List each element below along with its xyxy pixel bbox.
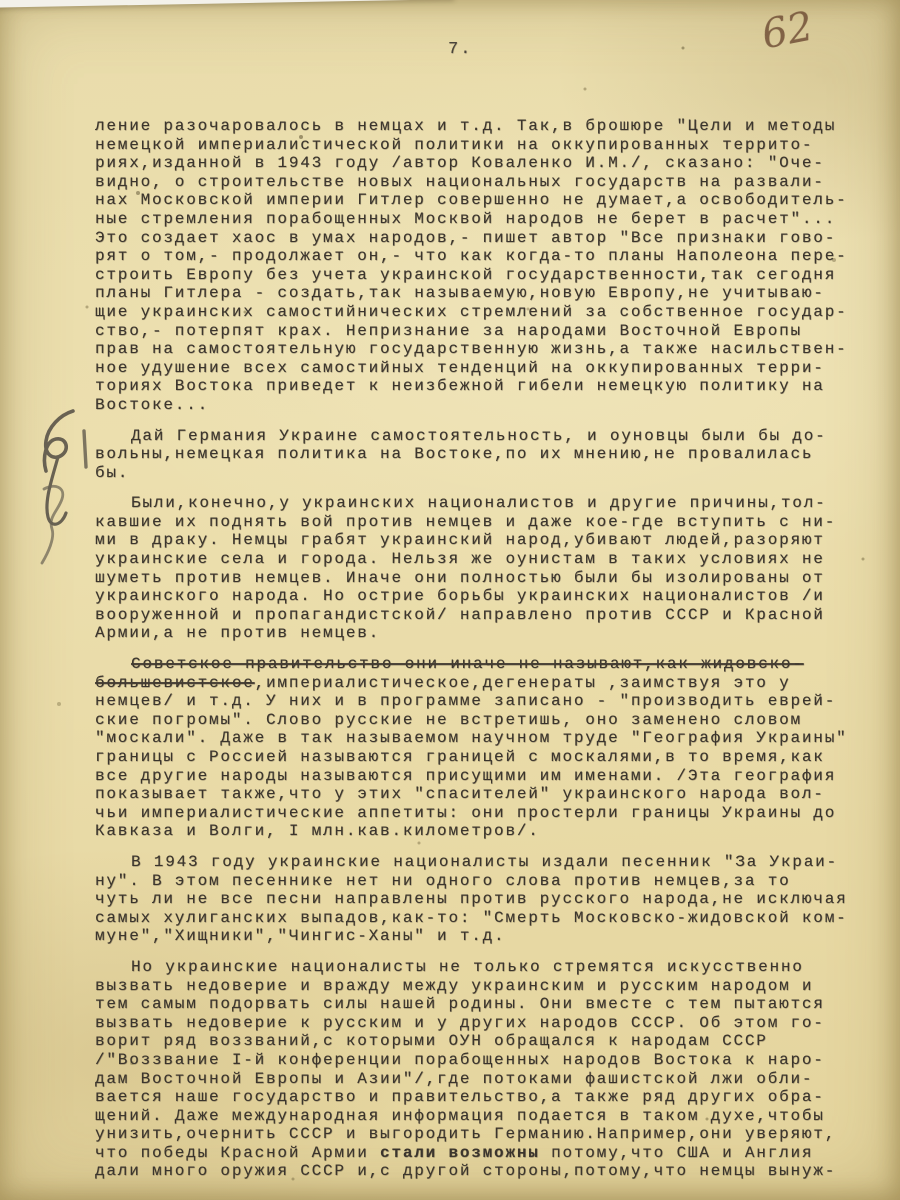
paragraph-oun-appeals: Но украинские националисты не только стр… <box>95 958 897 1181</box>
handwritten-folio-number: 62 <box>758 4 817 59</box>
paragraph-continuation-text: ,империалистическое,дегенераты ,заимству… <box>95 674 848 841</box>
paragraph-songbook-1943: В 1943 году украинские националисты изда… <box>95 853 897 946</box>
struck-through-word: большевистское <box>95 674 255 692</box>
paragraph-germany-ukraine: Дай Германия Украине самостоятельность, … <box>95 427 897 483</box>
paper-specks <box>0 0 2 2</box>
scanned-document-page: 7. 62 ление разочаровалось в немцах и т.… <box>0 0 900 1200</box>
emphasized-text: стали возможны <box>380 1144 540 1162</box>
paragraph-nationalists-reasons: Были,конечно,у украинских националистов … <box>95 494 897 643</box>
paragraph-text: Но украинские националисты не только стр… <box>95 958 836 1162</box>
handwritten-margin-mark <box>18 405 103 585</box>
paragraph-soviet-government: Советское правительство они иначе не наз… <box>95 655 897 841</box>
typewritten-text-body: ление разочаровалось в немцах и т.д. Так… <box>95 117 897 1193</box>
struck-through-line: Советское правительство они иначе не наз… <box>131 655 804 673</box>
scanner-background-edge <box>0 0 454 8</box>
page-number: 7. <box>448 40 472 59</box>
paragraph-brochure-quote: ление разочаровалось в немцах и т.д. Так… <box>95 117 897 415</box>
